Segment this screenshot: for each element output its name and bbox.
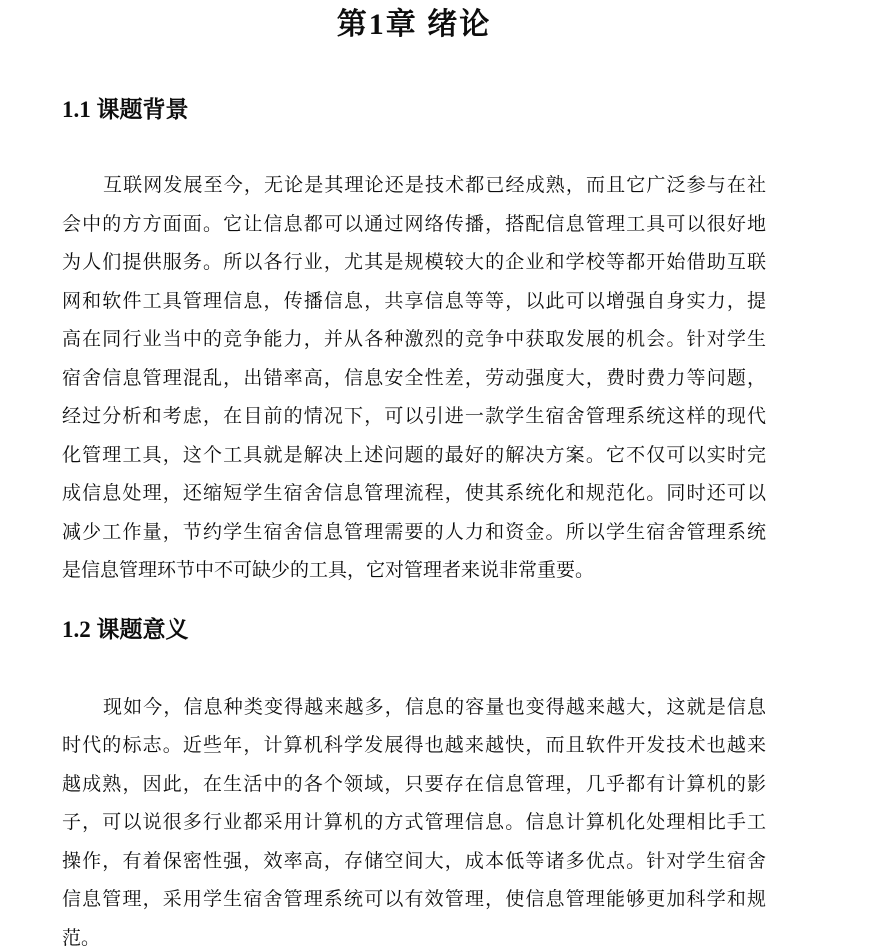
text-line: 为人们提供服务。所以各行业，尤其是规模较大的企业和学校等都开始借助互联 bbox=[62, 244, 766, 283]
text-line: 互联网发展至今，无论是其理论还是技术都已经成熟，而且它广泛参与在社 bbox=[62, 167, 766, 206]
paragraph-topic-background: 互联网发展至今，无论是其理论还是技术都已经成熟，而且它广泛参与在社 会中的方方面… bbox=[62, 167, 766, 591]
document-page: 第1章 绪论 1.1 课题背景 互联网发展至今，无论是其理论还是技术都已经成熟，… bbox=[0, 0, 890, 952]
text-line: 网和软件工具管理信息，传播信息，共享信息等等，以此可以增强自身实力，提 bbox=[62, 283, 766, 322]
text-line: 操作，有着保密性强，效率高，存储空间大，成本低等诸多优点。针对学生宿舍 bbox=[62, 843, 766, 882]
text-line: 越成熟，因此，在生活中的各个领域，只要存在信息管理，几乎都有计算机的影 bbox=[62, 766, 766, 805]
text-line: 高在同行业当中的竞争能力，并从各种激烈的竞争中获取发展的机会。针对学生 bbox=[62, 321, 766, 360]
text-line: 经过分析和考虑，在目前的情况下，可以引进一款学生宿舍管理系统这样的现代 bbox=[62, 398, 766, 437]
section-heading-1-1: 1.1 课题背景 bbox=[62, 97, 766, 123]
text-line: 时代的标志。近些年，计算机科学发展得也越来越快，而且软件开发技术也越来 bbox=[62, 727, 766, 766]
chapter-title: 第1章 绪论 bbox=[62, 6, 766, 44]
text-line: 成信息处理，还缩短学生宿舍信息管理流程，使其系统化和规范化。同时还可以 bbox=[62, 475, 766, 514]
text-line: 会中的方方面面。它让信息都可以通过网络传播，搭配信息管理工具可以很好地 bbox=[62, 206, 766, 245]
text-line: 减少工作量，节约学生宿舍信息管理需要的人力和资金。所以学生宿舍管理系统 bbox=[62, 514, 766, 553]
text-line: 现如今，信息种类变得越来越多，信息的容量也变得越来越大，这就是信息 bbox=[62, 689, 766, 728]
text-line: 信息管理，采用学生宿舍管理系统可以有效管理，使信息管理能够更加科学和规 bbox=[62, 881, 766, 920]
text-line: 宿舍信息管理混乱，出错率高，信息安全性差，劳动强度大，费时费力等问题， bbox=[62, 360, 766, 399]
text-line: 范。 bbox=[62, 920, 766, 952]
text-line: 化管理工具，这个工具就是解决上述问题的最好的解决方案。它不仅可以实时完 bbox=[62, 437, 766, 476]
text-line: 子，可以说很多行业都采用计算机的方式管理信息。信息计算机化处理相比手工 bbox=[62, 804, 766, 843]
text-line: 是信息管理环节中不可缺少的工具，它对管理者来说非常重要。 bbox=[62, 552, 766, 591]
paragraph-topic-significance: 现如今，信息种类变得越来越多，信息的容量也变得越来越大，这就是信息 时代的标志。… bbox=[62, 689, 766, 952]
section-heading-1-2: 1.2 课题意义 bbox=[62, 617, 766, 643]
